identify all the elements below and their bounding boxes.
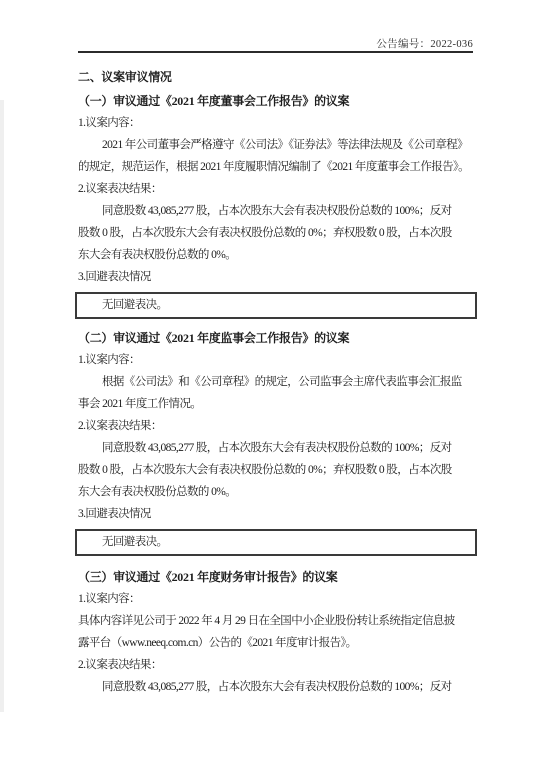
- notice-number: 公告编号：2022-036: [376, 36, 473, 51]
- proposal-2-content-label: 1.议案内容：: [78, 349, 474, 371]
- proposal-1-heading: （一）审议通过《2021 年度董事会工作报告》的议案: [78, 90, 474, 112]
- document-page: 公告编号：2022-036 二、议案审议情况 （一）审议通过《2021 年度董事…: [0, 0, 545, 771]
- proposal-2-vote-line: 股数 0 股，占本次股东大会有表决权股份总数的 0%；弃权股数 0 股，占本次股: [78, 459, 474, 481]
- proposal-3-content-line: 具体内容详见公司于 2022 年 4 月 29 日在全国中小企业股份转让系统指定…: [78, 610, 474, 632]
- proposal-2-content-line: 事会 2021 年度工作情况。: [78, 393, 474, 415]
- header-divider: [78, 51, 473, 53]
- proposal-2-avoid-label: 3.回避表决情况: [78, 503, 474, 525]
- proposal-1-no-abstention-box: 无回避表决。: [75, 292, 477, 319]
- proposal-3-vote-line: 同意股数 43,085,277 股，占本次股东大会有表决权股份总数的 100%；…: [78, 676, 474, 698]
- proposal-1-vote-line: 股数 0 股，占本次股东大会有表决权股份总数的 0%；弃权股数 0 股，占本次股: [78, 222, 474, 244]
- proposal-1-content-line: 2021 年公司董事会严格遵守《公司法》《证券法》等法律法规及《公司章程》: [78, 134, 474, 156]
- proposal-1-no-abstention-text: 无回避表决。: [102, 299, 167, 311]
- proposal-3-heading: （三）审议通过《2021 年度财务审计报告》的议案: [78, 566, 474, 588]
- proposal-2-no-abstention-box: 无回避表决。: [75, 529, 477, 556]
- proposal-1-content-line: 的规定，规范运作，根据 2021 年度履职情况编制了《2021 年度董事会工作报…: [78, 156, 474, 178]
- scan-edge-artifact: [0, 100, 4, 712]
- main-section-title: 二、议案审议情况: [78, 66, 474, 88]
- proposal-1-content-label: 1.议案内容：: [78, 112, 474, 134]
- proposal-2-vote-line: 东大会有表决权股份总数的 0%。: [78, 481, 474, 503]
- proposal-2-vote-label: 2.议案表决结果：: [78, 415, 474, 437]
- proposal-1-vote-line: 同意股数 43,085,277 股，占本次股东大会有表决权股份总数的 100%；…: [78, 200, 474, 222]
- document-body: 二、议案审议情况 （一）审议通过《2021 年度董事会工作报告》的议案 1.议案…: [78, 66, 474, 698]
- proposal-2-heading: （二）审议通过《2021 年度监事会工作报告》的议案: [78, 327, 474, 349]
- proposal-1-avoid-label: 3.回避表决情况: [78, 266, 474, 288]
- proposal-3-vote-label: 2.议案表决结果：: [78, 654, 474, 676]
- proposal-2-vote-line: 同意股数 43,085,277 股，占本次股东大会有表决权股份总数的 100%；…: [78, 437, 474, 459]
- proposal-3-content-line: 露平台（www.neeq.com.cn）公告的《2021 年度审计报告》。: [78, 632, 474, 654]
- proposal-1-vote-label: 2.议案表决结果：: [78, 178, 474, 200]
- proposal-1-vote-line: 东大会有表决权股份总数的 0%。: [78, 244, 474, 266]
- proposal-2-content-line: 根据《公司法》和《公司章程》的规定，公司监事会主席代表监事会汇报监: [78, 371, 474, 393]
- proposal-3-content-label: 1.议案内容：: [78, 588, 474, 610]
- proposal-2-no-abstention-text: 无回避表决。: [102, 536, 167, 548]
